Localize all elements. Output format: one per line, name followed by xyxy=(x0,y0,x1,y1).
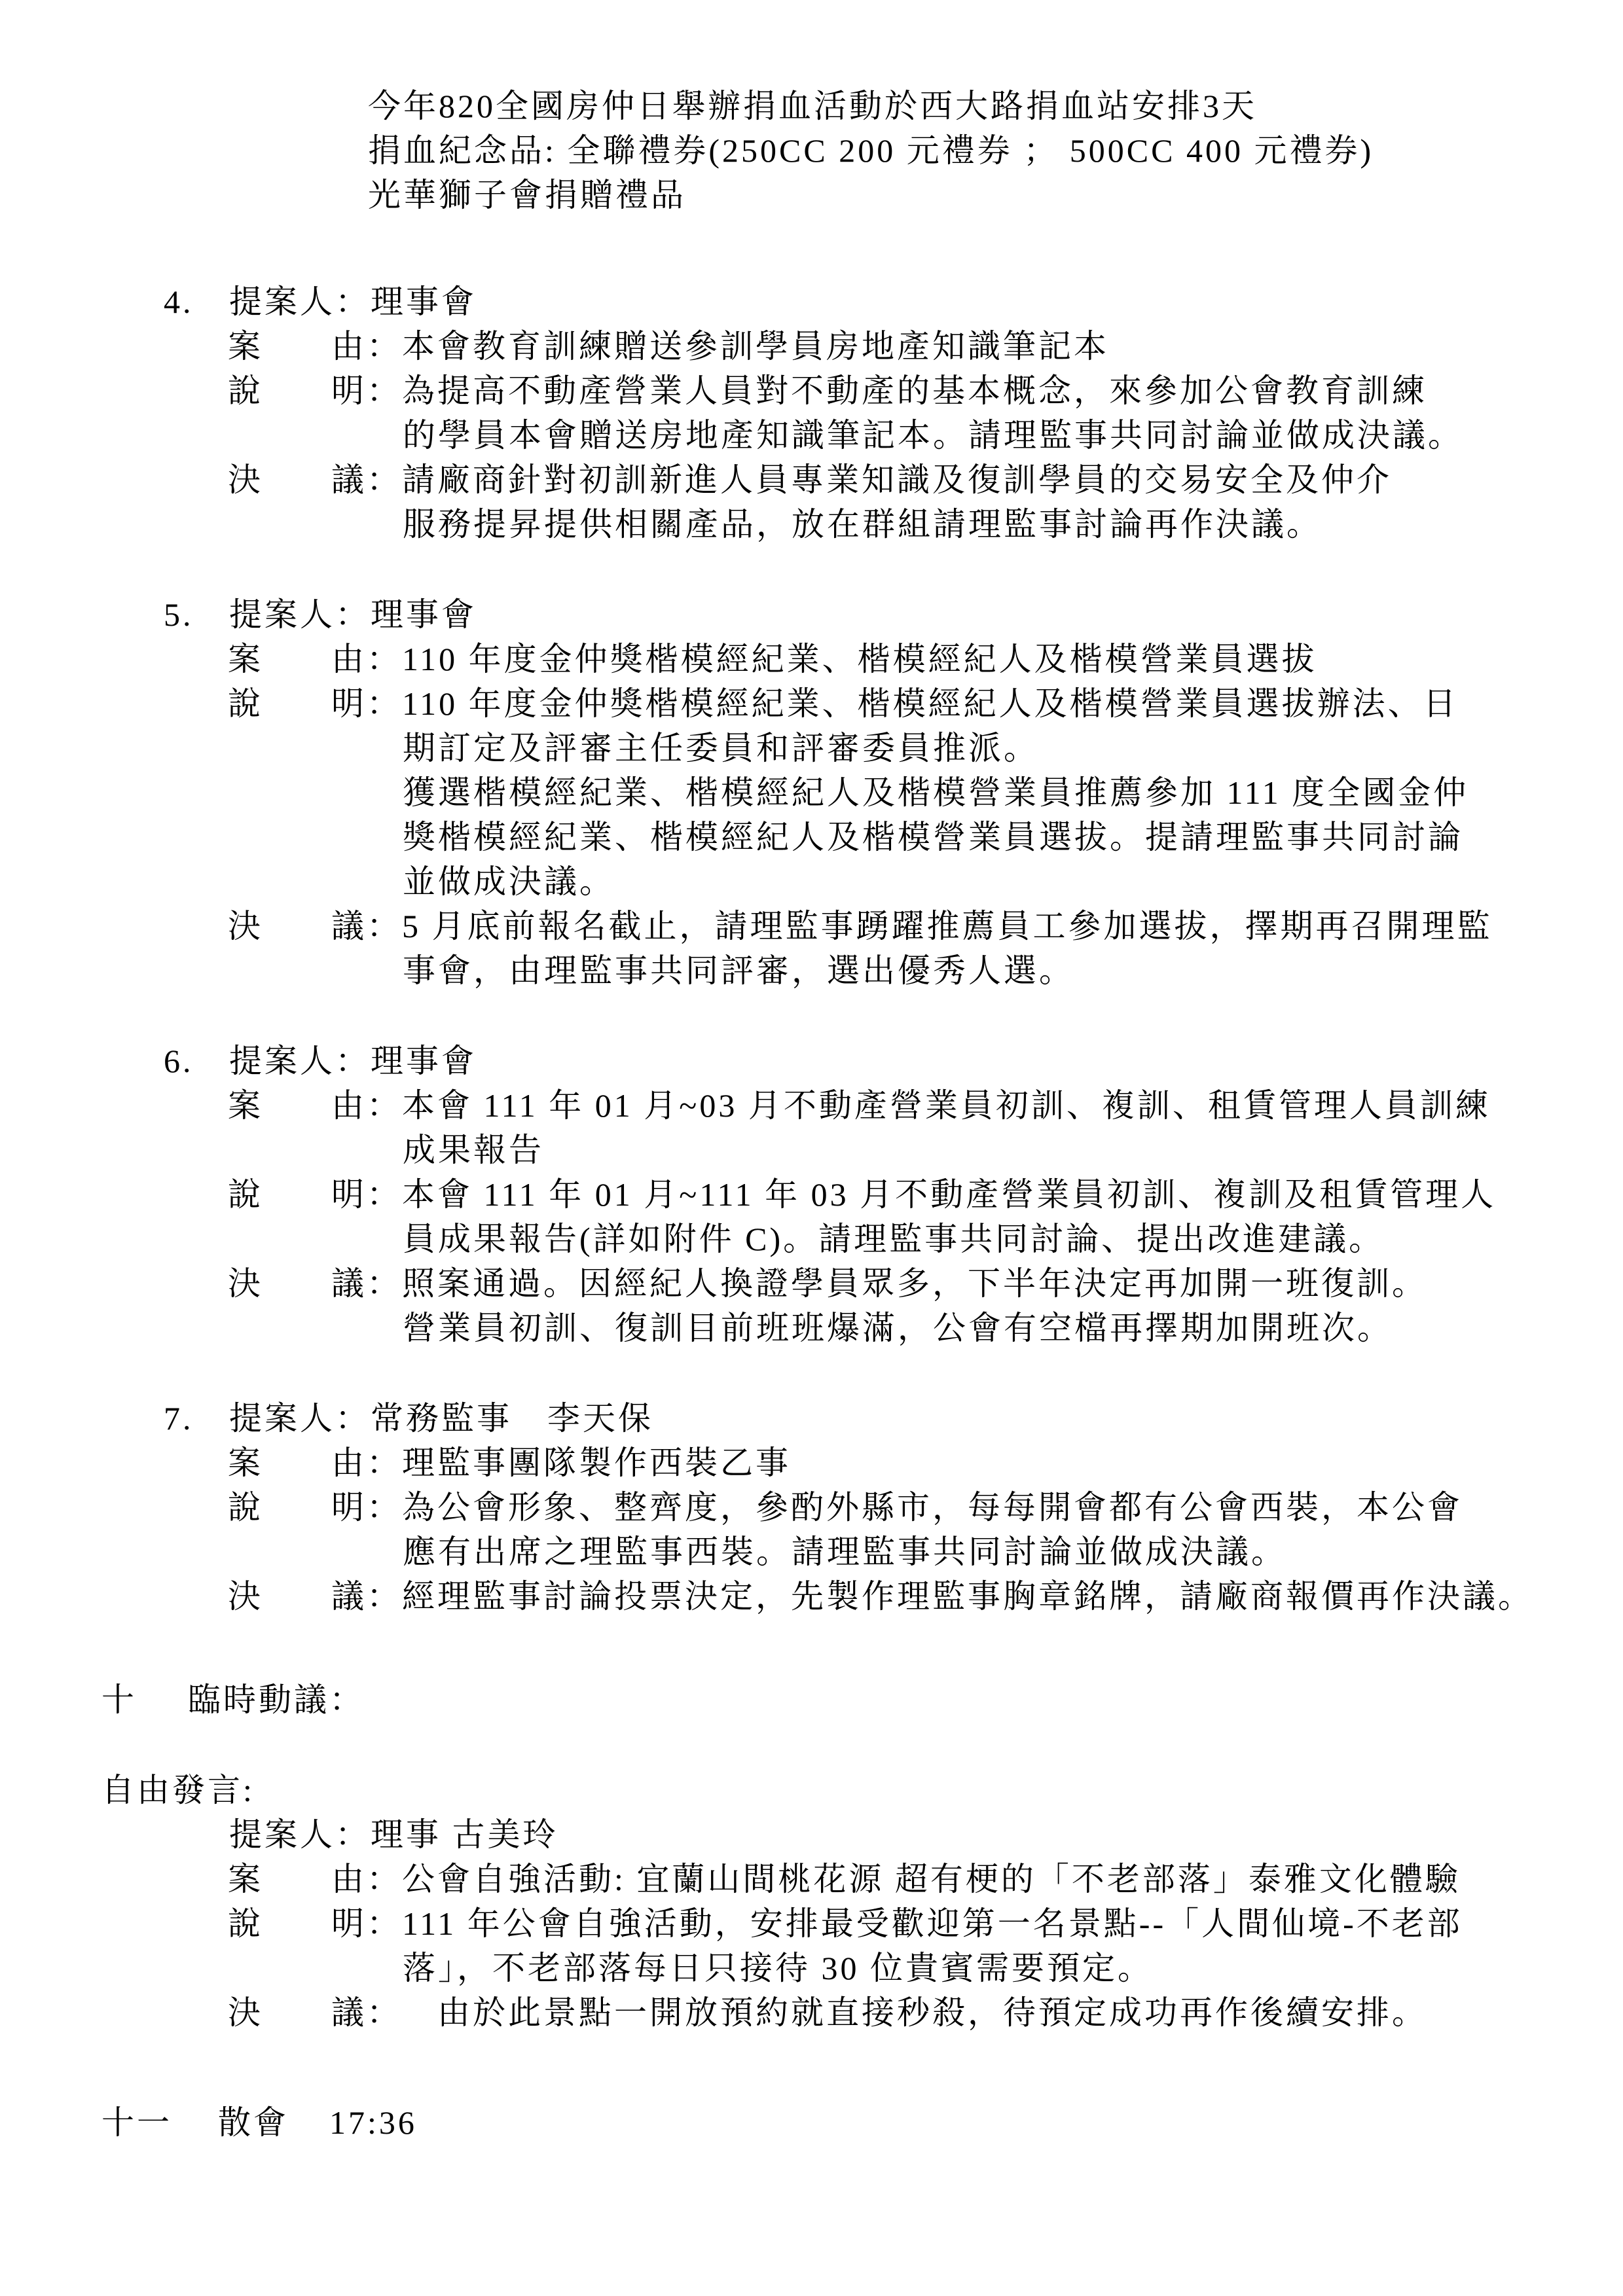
resolution-text: 由於此景點一開放預約就直接秒殺，待預定成功再作後續安排。 xyxy=(402,1990,1427,2035)
proposal-head: 4.提案人：理事會 xyxy=(0,279,1623,324)
label-colon: ： xyxy=(367,1441,402,1485)
explanation-text: 為公會形象、整齊度，參酌外縣市，每每開會都有公會西裝，本公會 xyxy=(402,1485,1463,1530)
label-colon: ： xyxy=(367,368,402,413)
label-char: 案 xyxy=(228,324,263,368)
continuation-line: 應有出席之理監事西裝。請理監事共同討論並做成決議。 xyxy=(0,1530,1623,1574)
case-label: 案由 xyxy=(228,1083,367,1128)
continuation-line: 落」，不老部落每日只接待 30 位貴賓需要預定。 xyxy=(0,1946,1623,1990)
explanation-label: 說明 xyxy=(228,1901,367,1946)
intro-line: 今年820全國房仲日舉辦捐血活動於西大路捐血站安排3天 xyxy=(0,84,1623,128)
free-speech-block: 提案人：理事 古美玲 案由：公會自強活動: 宜蘭山間桃花源 超有梗的「不老部落」… xyxy=(0,1812,1623,2035)
explanation-label: 說明 xyxy=(228,368,367,413)
agenda-numeral: 十一 xyxy=(101,2100,218,2145)
label-char: 明 xyxy=(331,1901,367,1946)
case-label: 案由 xyxy=(228,324,367,368)
label-char: 決 xyxy=(228,1261,263,1306)
resolution-label: 決議 xyxy=(228,1990,367,2035)
label-char: 案 xyxy=(228,637,263,681)
continuation-line: 成果報告 xyxy=(0,1128,1623,1172)
continuation-line: 期訂定及評審主任委員和評審委員推派。 xyxy=(0,726,1623,770)
continuation-line: 營業員初訓、復訓目前班班爆滿，公會有空檔再擇期加開班次。 xyxy=(0,1306,1623,1350)
proposer-name: 理事會 xyxy=(371,596,477,633)
explanation-label: 說明 xyxy=(228,681,367,726)
case-text: 本會 111 年 01 月~03 月不動產營業員初訓、複訓、租賃管理人員訓練 xyxy=(402,1083,1491,1128)
continuation-line: 事會，由理監事共同評審，選出優秀人選。 xyxy=(0,948,1623,993)
proposal-head: 6.提案人：理事會 xyxy=(0,1039,1623,1083)
label-colon: ： xyxy=(367,904,402,948)
label-char: 說 xyxy=(228,368,263,413)
label-colon: ： xyxy=(367,681,402,726)
adjournment-line: 十一散會17:36 xyxy=(0,2100,1623,2145)
label-char: 說 xyxy=(228,1172,263,1217)
case-text: 公會自強活動: 宜蘭山間桃花源 超有梗的「不老部落」泰雅文化體驗 xyxy=(402,1857,1461,1901)
label-char: 說 xyxy=(228,681,263,726)
explanation-text: 為提高不動產營業人員對不動產的基本概念，來參加公會教育訓練 xyxy=(402,368,1427,413)
label-char: 案 xyxy=(228,1857,263,1901)
resolution-row: 決議：請廠商針對初訓新進人員專業知識及復訓學員的交易安全及仲介 xyxy=(0,457,1623,502)
proposal-section-7: 7.提案人：常務監事 李天保 案由：理監事團隊製作西裝乙事 說明：為公會形象、整… xyxy=(0,1396,1623,1619)
resolution-row: 決議：經理監事討論投票決定，先製作理監事胸章銘牌，請廠商報價再作決議。 xyxy=(0,1574,1623,1619)
case-row: 案由：理監事團隊製作西裝乙事 xyxy=(0,1441,1623,1485)
resolution-text: 照案通過。因經紀人換證學員眾多，下半年決定再加開一班復訓。 xyxy=(402,1261,1427,1306)
proposer-name: 常務監事 李天保 xyxy=(371,1400,653,1437)
resolution-row: 決議： 由於此景點一開放預約就直接秒殺，待預定成功再作後續安排。 xyxy=(0,1990,1623,2035)
explanation-row: 說明：為公會形象、整齊度，參酌外縣市，每每開會都有公會西裝，本公會 xyxy=(0,1485,1623,1530)
adjournment-label: 散會 xyxy=(218,2104,289,2141)
label-char: 說 xyxy=(228,1901,263,1946)
resolution-label: 決議 xyxy=(228,1574,367,1619)
proposer-label: 提案人： xyxy=(229,283,371,320)
label-char: 由 xyxy=(331,637,367,681)
continuation-line: 並做成決議。 xyxy=(0,859,1623,904)
continuation-line: 獲選楷模經紀業、楷模經紀人及楷模營業員推薦參加 111 度全國金仲 xyxy=(0,770,1623,815)
explanation-row: 說明：110 年度金仲獎楷模經紀業、楷模經紀人及楷模營業員選拔辦法、日 xyxy=(0,681,1623,726)
explanation-text: 本會 111 年 01 月~111 年 03 月不動產營業員初訓、複訓及租賃管理… xyxy=(402,1172,1496,1217)
label-colon: ： xyxy=(367,1901,402,1946)
explanation-row: 說明：111 年公會自強活動，安排最受歡迎第一名景點--「人間仙境-不老部 xyxy=(0,1901,1623,1946)
proposal-number: 6. xyxy=(164,1039,229,1083)
label-char: 議 xyxy=(331,1990,367,2035)
label-colon: ： xyxy=(367,1172,402,1217)
resolution-text: 請廠商針對初訓新進人員專業知識及復訓學員的交易安全及仲介 xyxy=(402,457,1392,502)
explanation-row: 說明：本會 111 年 01 月~111 年 03 月不動產營業員初訓、複訓及租… xyxy=(0,1172,1623,1217)
meeting-minutes-page: 今年820全國房仲日舉辦捐血活動於西大路捐血站安排3天 捐血紀念品: 全聯禮券(… xyxy=(0,0,1623,2296)
proposer-name: 理事 古美玲 xyxy=(371,1816,558,1853)
label-char: 議 xyxy=(331,904,367,948)
label-char: 由 xyxy=(331,324,367,368)
label-colon: ： xyxy=(367,637,402,681)
label-char: 由 xyxy=(331,1857,367,1901)
resolution-text: 經理監事討論投票決定，先製作理監事胸章銘牌，請廠商報價再作決議。 xyxy=(402,1574,1533,1619)
resolution-label: 決議 xyxy=(228,457,367,502)
explanation-label: 說明 xyxy=(228,1485,367,1530)
label-colon: ： xyxy=(367,324,402,368)
explanation-label: 說明 xyxy=(228,1172,367,1217)
label-char: 決 xyxy=(228,1574,263,1619)
label-char: 決 xyxy=(228,904,263,948)
label-char: 決 xyxy=(228,457,263,502)
case-row: 案由：公會自強活動: 宜蘭山間桃花源 超有梗的「不老部落」泰雅文化體驗 xyxy=(0,1857,1623,1901)
label-colon: ： xyxy=(367,1857,402,1901)
case-row: 案由：本會教育訓練贈送參訓學員房地產知識筆記本 xyxy=(0,324,1623,368)
explanation-text: 110 年度金仲獎楷模經紀業、楷模經紀人及楷模營業員選拔辦法、日 xyxy=(402,681,1459,726)
proposer-name: 理事會 xyxy=(371,283,477,320)
resolution-row: 決議：5 月底前報名截止，請理監事踴躍推薦員工參加選拔，擇期再召開理監 xyxy=(0,904,1623,948)
label-colon: ： xyxy=(367,1083,402,1128)
label-colon: ： xyxy=(367,1485,402,1530)
explanation-text: 111 年公會自強活動，安排最受歡迎第一名景點--「人間仙境-不老部 xyxy=(402,1901,1463,1946)
label-char: 議 xyxy=(331,457,367,502)
case-text: 本會教育訓練贈送參訓學員房地產知識筆記本 xyxy=(402,324,1109,368)
proposer-label: 提案人： xyxy=(229,1043,371,1079)
proposal-head: 提案人：理事 古美玲 xyxy=(0,1812,1623,1857)
label-char: 由 xyxy=(331,1083,367,1128)
label-colon: ： xyxy=(367,1574,402,1619)
case-label: 案由 xyxy=(228,1441,367,1485)
label-char: 決 xyxy=(228,1990,263,2035)
label-char: 議 xyxy=(331,1574,367,1619)
proposer-label: 提案人： xyxy=(229,1400,371,1437)
resolution-row: 決議：照案通過。因經紀人換證學員眾多，下半年決定再加開一班復訓。 xyxy=(0,1261,1623,1306)
label-char: 由 xyxy=(331,1441,367,1485)
label-colon: ： xyxy=(367,1261,402,1306)
label-char: 議 xyxy=(331,1261,367,1306)
proposal-head: 5.提案人：理事會 xyxy=(0,592,1623,637)
proposal-section-4: 4.提案人：理事會 案由：本會教育訓練贈送參訓學員房地產知識筆記本 說明：為提高… xyxy=(0,279,1623,547)
label-char: 明 xyxy=(331,681,367,726)
case-text: 理監事團隊製作西裝乙事 xyxy=(402,1441,791,1485)
resolution-label: 決議 xyxy=(228,1261,367,1306)
case-label: 案由 xyxy=(228,1857,367,1901)
case-label: 案由 xyxy=(228,637,367,681)
label-char: 說 xyxy=(228,1485,263,1530)
intro-block: 今年820全國房仲日舉辦捐血活動於西大路捐血站安排3天 捐血紀念品: 全聯禮券(… xyxy=(0,0,1623,217)
label-char: 案 xyxy=(228,1441,263,1485)
intro-line: 光華獅子會捐贈禮品 xyxy=(0,173,1623,217)
explanation-row: 說明：為提高不動產營業人員對不動產的基本概念，來參加公會教育訓練 xyxy=(0,368,1623,413)
agenda-numeral: 十 xyxy=(101,1677,188,1722)
continuation-line: 服務提昇提供相關產品，放在群組請理監事討論再作決議。 xyxy=(0,502,1623,547)
proposal-number: 7. xyxy=(164,1396,229,1441)
proposal-number: 5. xyxy=(164,592,229,637)
label-char: 明 xyxy=(331,368,367,413)
resolution-text: 5 月底前報名截止，請理監事踴躍推薦員工參加選拔，擇期再召開理監 xyxy=(402,904,1493,948)
case-row: 案由：110 年度金仲獎楷模經紀業、楷模經紀人及楷模營業員選拔 xyxy=(0,637,1623,681)
proposer-label: 提案人： xyxy=(229,596,371,633)
label-colon: ： xyxy=(367,1990,402,2035)
continuation-line: 獎楷模經紀業、楷模經紀人及楷模營業員選拔。提請理監事共同討論 xyxy=(0,815,1623,859)
agenda-item-extempore: 十臨時動議： xyxy=(0,1677,1623,1722)
proposal-section-5: 5.提案人：理事會 案由：110 年度金仲獎楷模經紀業、楷模經紀人及楷模營業員選… xyxy=(0,592,1623,993)
adjournment-time: 17:36 xyxy=(329,2104,417,2141)
intro-line: 捐血紀念品: 全聯禮券(250CC 200 元禮券 ； 500CC 400 元禮… xyxy=(0,128,1623,173)
label-colon: ： xyxy=(367,457,402,502)
resolution-label: 決議 xyxy=(228,904,367,948)
proposal-section-6: 6.提案人：理事會 案由：本會 111 年 01 月~03 月不動產營業員初訓、… xyxy=(0,1039,1623,1350)
case-text: 110 年度金仲獎楷模經紀業、楷模經紀人及楷模營業員選拔 xyxy=(402,637,1317,681)
case-row: 案由：本會 111 年 01 月~03 月不動產營業員初訓、複訓、租賃管理人員訓… xyxy=(0,1083,1623,1128)
agenda-text: 臨時動議： xyxy=(188,1681,365,1718)
continuation-line: 員成果報告(詳如附件 C)。請理監事共同討論、提出改進建議。 xyxy=(0,1217,1623,1261)
proposal-number: 4. xyxy=(164,279,229,324)
label-char: 明 xyxy=(331,1172,367,1217)
proposal-head: 7.提案人：常務監事 李天保 xyxy=(0,1396,1623,1441)
free-speech-heading: 自由發言: xyxy=(0,1768,1623,1812)
label-char: 案 xyxy=(228,1083,263,1128)
continuation-line: 的學員本會贈送房地產知識筆記本。請理監事共同討論並做成決議。 xyxy=(0,413,1623,457)
proposer-name: 理事會 xyxy=(371,1043,477,1079)
label-char: 明 xyxy=(331,1485,367,1530)
proposer-label: 提案人： xyxy=(229,1816,371,1853)
